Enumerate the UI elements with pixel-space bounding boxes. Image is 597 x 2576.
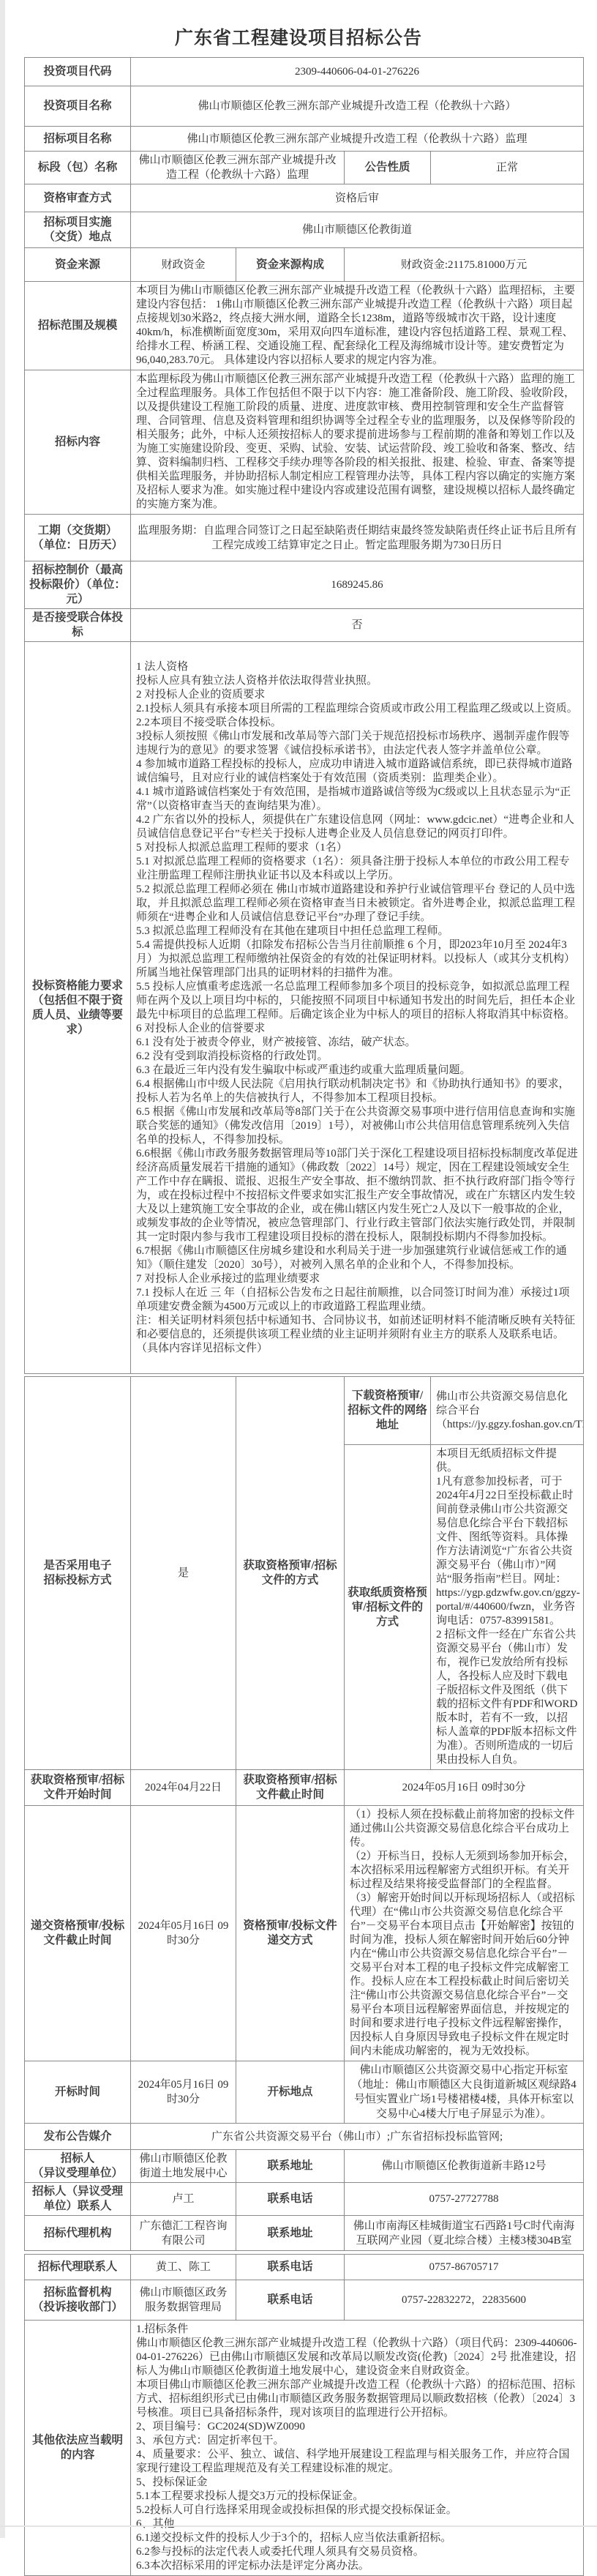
field-label-obtain-method: 获取资格预审/招标文件的方式: [236, 1377, 345, 1770]
field-label-ceiling-price: 招标控制价（最高投标限价）（单位：元）: [25, 561, 131, 609]
field-value-agency: 广东德汇工程咨询有限公司: [131, 2216, 236, 2251]
field-value-tenderer-phone: 0757-27727788: [345, 2183, 584, 2216]
table-row: 发布公告媒介 广东省公共资源交易平台（佛山市）;广东省招标投标监管网;: [25, 2124, 584, 2150]
field-value-funds-composition: 财政资金:21175.81000万元: [345, 248, 584, 282]
table-row: 获取资格预审/招标文件开始时间 2024年04月22日 获取资格预审/招标文件截…: [25, 1770, 584, 1806]
field-label-scope: 招标范围及规模: [25, 282, 131, 370]
field-value-project-code: 2309-440606-04-01-276226: [131, 58, 584, 86]
field-label-media: 发布公告媒介: [25, 2124, 131, 2150]
table-row: 招标人 （异议受理单位） 佛山市顺德区伦教街道土地发展中心 联系地址 佛山市顺德…: [25, 2150, 584, 2183]
field-value-qualification-method: 资格后审: [131, 184, 584, 212]
field-value-content: 本监理标段为佛山市顺德区伦教三洲东部产业城提升改造工程（伦教纵十六路）监理的施工…: [131, 370, 584, 515]
field-value-consortium: 否: [131, 609, 584, 642]
field-value-supervisor-phone: 0757-22832272，22835600: [345, 2280, 584, 2321]
field-label-paper-method: 获取纸质资格预审/招标文件的方式: [345, 1445, 431, 1770]
field-value-paper-method: 本项目无纸质招标文件提供。 1凡有意参加投标者，可于2024年4月22日至投标截…: [431, 1445, 584, 1770]
field-value-tenderer: 佛山市顺德区伦教街道土地发展中心: [131, 2150, 236, 2183]
field-label-tenderer-phone: 联系电话: [236, 2183, 345, 2216]
announcement-table-main: 投资项目代码 2309-440606-04-01-276226 投资项目名称 佛…: [24, 57, 584, 1374]
field-value-invest-name: 佛山市顺德区伦教三洲东部产业城提升改造工程（伦教纵十六路）: [131, 86, 584, 127]
table-row: 其他依法应当载明 的内容 1.招标条件 佛山市顺德区伦教三洲东部产业城提升改造工…: [25, 2321, 584, 2576]
field-value-doc-deadline: 2024年05月16日 09时30分: [345, 1770, 584, 1806]
table-row: 招标人（异议受理单位）联系人 卢工 联系电话 0757-27727788: [25, 2183, 584, 2216]
table-row: 投资项目代码 2309-440606-04-01-276226: [25, 58, 584, 86]
field-label-electronic: 是否采用电子 招标投标方式: [25, 1377, 131, 1770]
table-row: 招标代理联系人 黄工、陈工 联系电话 0757-86705717: [25, 2255, 584, 2280]
field-label-notice-nature: 公告性质: [345, 152, 431, 184]
field-label-agency: 招标代理机构: [25, 2216, 131, 2251]
field-value-qualification-req: 1 法人资格 投标人应具有独立法人资格并依法取得营业执照。 2 对投标人企业的资…: [131, 642, 584, 1374]
field-value-location: 佛山市顺德区伦教街道: [131, 212, 584, 248]
field-label-supervisor-phone: 联系电话: [236, 2280, 345, 2321]
field-label-content: 招标内容: [25, 370, 131, 515]
field-value-submit-deadline: 2024年05月16日 09时30分: [131, 1806, 236, 2061]
field-value-ceiling-price: 1689245.86: [131, 561, 584, 609]
table-row: 招标代理机构 广东德汇工程咨询有限公司 联系地址 佛山市南海区桂城街道宝石西路1…: [25, 2216, 584, 2251]
footer-divider: [0, 2525, 597, 2527]
field-value-scope: 本项目为佛山市顺德区伦教三洲东部产业城提升改造工程（伦教纵十六路）监理招标，主要…: [131, 282, 584, 370]
field-label-funds-composition: 资金来源构成: [236, 248, 345, 282]
table-row: 招标项目实施 （交货）地点 佛山市顺德区伦教街道: [25, 212, 584, 248]
field-label-agency-address: 联系地址: [236, 2216, 345, 2251]
field-value-download-url: 佛山市公共资源交易信息化综合平台 （https://jy.ggzy.foshan…: [431, 1377, 584, 1445]
field-label-submit-deadline: 递交资格预审/投标文件截止时间: [25, 1806, 131, 2061]
field-label-duration: 工期（交货期） （单位：日历天）: [25, 515, 131, 561]
field-value-doc-start-time: 2024年04月22日: [131, 1770, 236, 1806]
table-row: 投资项目名称 佛山市顺德区伦教三洲东部产业城提升改造工程（伦教纵十六路）: [25, 86, 584, 127]
field-label-invest-name: 投资项目名称: [25, 86, 131, 127]
page-title: 广东省工程建设项目招标公告: [0, 0, 597, 57]
field-label-tenderer: 招标人 （异议受理单位）: [25, 2150, 131, 2183]
table-row: 招标监督机构 （投诉接收部门） 佛山市顺德区政务服务数据管理局 联系电话 075…: [25, 2280, 584, 2321]
field-value-funds: 财政资金: [131, 248, 236, 282]
field-label-tenderer-contact: 招标人（异议受理单位）联系人: [25, 2183, 131, 2216]
table-row: 招标内容 本监理标段为佛山市顺德区伦教三洲东部产业城提升改造工程（伦教纵十六路）…: [25, 370, 584, 515]
table-row: 资金来源 财政资金 资金来源构成 财政资金:21175.81000万元: [25, 248, 584, 282]
table-row: 标段（包）名称 佛山市顺德区伦教三洲东部产业城提升改造工程（伦教纵十六路）监理 …: [25, 152, 584, 184]
field-value-tenderer-address: 佛山市顺德区伦教街道新丰路12号: [345, 2150, 584, 2183]
table-row: 是否采用电子 招标投标方式 是 获取资格预审/招标文件的方式 下载资格预审/招标…: [25, 1377, 584, 1445]
field-label-funds: 资金来源: [25, 248, 131, 282]
field-value-electronic: 是: [131, 1377, 236, 1770]
table-row: 工期（交货期） （单位：日历天） 监理服务期：自监理合同签订之日起至缺陷责任期结…: [25, 515, 584, 561]
field-label-project-code: 投资项目代码: [25, 58, 131, 86]
table-row: 招标范围及规模 本项目为佛山市顺德区伦教三洲东部产业城提升改造工程（伦教纵十六路…: [25, 282, 584, 370]
field-label-tenderer-address: 联系地址: [236, 2150, 345, 2183]
field-label-doc-deadline: 获取资格预审/招标文件截止时间: [236, 1770, 345, 1806]
field-label-qualification-req: 投标资格能力要求（包括但不限于资质人员、业绩等要求）: [25, 642, 131, 1374]
field-label-download-url: 下载资格预审/招标文件的网络地址: [345, 1377, 431, 1445]
field-label-opening-time: 开标时间: [25, 2061, 131, 2124]
table-row: 是否接受联合体投标 否: [25, 609, 584, 642]
table-row: 资格审查方式 资格后审: [25, 184, 584, 212]
field-label-location: 招标项目实施 （交货）地点: [25, 212, 131, 248]
field-label-agency-phone: 联系电话: [236, 2255, 345, 2280]
field-label-submit-method: 资格预审/投标文件递交方式: [236, 1806, 345, 2061]
field-label-agency-contact: 招标代理联系人: [25, 2255, 131, 2280]
field-value-supervisor: 佛山市顺德区政务服务数据管理局: [131, 2280, 236, 2321]
field-label-qualification-method: 资格审查方式: [25, 184, 131, 212]
table-row: 投标资格能力要求（包括但不限于资质人员、业绩等要求） 1 法人资格 投标人应具有…: [25, 642, 584, 1374]
table-row: 招标项目名称 佛山市顺德区伦教三洲东部产业城提升改造工程（伦教纵十六路）监理: [25, 127, 584, 152]
field-label-other-content: 其他依法应当载明 的内容: [25, 2321, 131, 2576]
field-value-section-name: 佛山市顺德区伦教三洲东部产业城提升改造工程（伦教纵十六路）监理: [131, 152, 345, 184]
field-value-agency-contact: 黄工、陈工: [131, 2255, 236, 2280]
field-value-duration: 监理服务期：自监理合同签订之日起至缺陷责任期结束最终签发缺陷责任终止证书后且所有…: [131, 515, 584, 561]
field-label-opening-place: 开标地点: [236, 2061, 345, 2124]
left-edge-strip: [0, 0, 5, 2538]
field-label-supervisor: 招标监督机构 （投诉接收部门）: [25, 2280, 131, 2321]
field-value-other-content: 1.招标条件 佛山市顺德区伦教三洲东部产业城提升改造工程（伦教纵十六路）（项目代…: [131, 2321, 584, 2576]
field-value-media: 广东省公共资源交易平台（佛山市）;广东省招标投标监管网;: [131, 2124, 584, 2150]
announcement-table-procedure: 是否采用电子 招标投标方式 是 获取资格预审/招标文件的方式 下载资格预审/招标…: [24, 1376, 584, 2251]
field-value-opening-place: 佛山市顺德区公共资源交易中心指定开标室（地址：佛山市顺德区大良街道新城区观绿路4…: [345, 2061, 584, 2124]
field-label-section-name: 标段（包）名称: [25, 152, 131, 184]
table-row: 招标控制价（最高投标限价）（单位：元） 1689245.86: [25, 561, 584, 609]
field-value-agency-address: 佛山市南海区桂城街道宝石西路1号C时代南海互联网产业园（夏北综合楼）主楼3楼30…: [345, 2216, 584, 2251]
table-row: 开标时间 2024年05月16日 09时30分 开标地点 佛山市顺德区公共资源交…: [25, 2061, 584, 2124]
table-row: 递交资格预审/投标文件截止时间 2024年05月16日 09时30分 资格预审/…: [25, 1806, 584, 2061]
field-value-agency-phone: 0757-86705717: [345, 2255, 584, 2280]
field-value-notice-nature: 正常: [431, 152, 584, 184]
field-value-tenderer-contact: 卢工: [131, 2183, 236, 2216]
announcement-table-contacts: 招标代理联系人 黄工、陈工 联系电话 0757-86705717 招标监督机构 …: [24, 2254, 584, 2576]
field-value-submit-method: （1）投标人须在投标截止前将加密的投标文件通过佛山公共资源交易信息化综合平台成功…: [345, 1806, 584, 2061]
field-label-consortium: 是否接受联合体投标: [25, 609, 131, 642]
field-label-doc-start-time: 获取资格预审/招标文件开始时间: [25, 1770, 131, 1806]
field-value-opening-time: 2024年05月16日 09时30分: [131, 2061, 236, 2124]
field-label-tender-name: 招标项目名称: [25, 127, 131, 152]
field-value-tender-name: 佛山市顺德区伦教三洲东部产业城提升改造工程（伦教纵十六路）监理: [131, 127, 584, 152]
